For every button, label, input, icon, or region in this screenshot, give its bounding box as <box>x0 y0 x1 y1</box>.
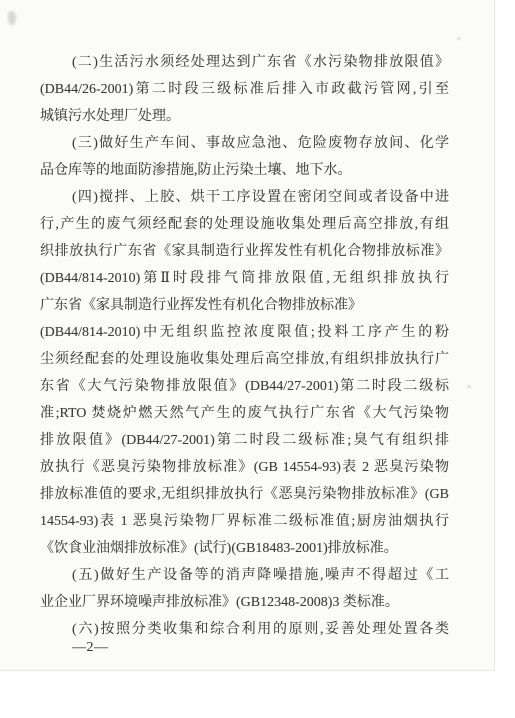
document-text-block: (二)生活污水须经处理达到广东省《水污染物排放限值》 (DB44/26-2001… <box>40 49 449 643</box>
page-canvas: (二)生活污水须经处理达到广东省《水污染物排放限值》 (DB44/26-2001… <box>0 0 515 718</box>
doc-line: 14554-93)表 1 恶臭污染物厂界标准二级标准值;厨房油烟执行 <box>40 508 449 535</box>
doc-line: 业企业厂界环境噪声排放标准》(GB12348-2008)3 类标准。 <box>40 589 449 616</box>
doc-line: (四)搅拌、上胶、烘干工序设置在密闭空间或者设备中进 <box>40 184 449 211</box>
doc-line: 织排放执行广东省《家具制造行业挥发性有机化合物排放标准》 <box>40 238 449 265</box>
doc-line: 排放标准值的要求,无组织排放执行《恶臭污染物排放标准》(GB <box>40 481 449 508</box>
scan-smudge <box>8 11 16 25</box>
doc-line: (二)生活污水须经处理达到广东省《水污染物排放限值》 <box>40 49 449 76</box>
doc-line: 广东省《家具制造行业挥发性有机化合物排放标准》 <box>40 292 449 319</box>
page-number: —2— <box>72 640 109 656</box>
doc-line: (DB44/26-2001)第二时段三级标准后排入市政截污管网,引至 <box>40 76 449 103</box>
doc-line: 准;RTO 焚烧炉燃天然气产生的废气执行广东省《大气污染物 <box>40 400 449 427</box>
doc-line: 尘须经配套的处理设施收集处理后高空排放,有组织排放执行广 <box>40 346 449 373</box>
doc-line: 排放限值》(DB44/27-2001)第二时段二级标准;臭气有组织排 <box>40 427 449 454</box>
scan-speck <box>467 385 472 389</box>
doc-line: 东省《大气污染物排放限值》(DB44/27-2001)第二时段二级标 <box>40 373 449 400</box>
doc-line: (DB44/814-2010)中无组织监控浓度限值;投料工序产生的粉 <box>40 319 449 346</box>
doc-line: 行,产生的废气须经配套的处理设施收集处理后高空排放,有组 <box>40 211 449 238</box>
doc-line: (五)做好生产设备等的消声降噪措施,噪声不得超过《工 <box>40 562 449 589</box>
doc-line: 品仓库等的地面防渗措施,防止污染土壤、地下水。 <box>40 157 449 184</box>
doc-line: (DB44/814-2010)第Ⅱ时段排气筒排放限值,无组织排放执行 <box>40 265 449 292</box>
doc-line: 城镇污水处理厂处理。 <box>40 103 449 130</box>
doc-line: (六)按照分类收集和综合利用的原则,妥善处理处置各类 <box>40 616 449 643</box>
doc-line: (三)做好生产车间、事故应急池、危险废物存放间、化学 <box>40 130 449 157</box>
scan-speck <box>457 37 461 40</box>
doc-line: 《饮食业油烟排放标准》(试行)(GB18483-2001)排放标准。 <box>40 535 449 562</box>
doc-line: 放执行《恶臭污染物排放标准》(GB 14554-93)表 2 恶臭污染物 <box>40 454 449 481</box>
paper-sheet: (二)生活污水须经处理达到广东省《水污染物排放限值》 (DB44/26-2001… <box>0 0 495 671</box>
